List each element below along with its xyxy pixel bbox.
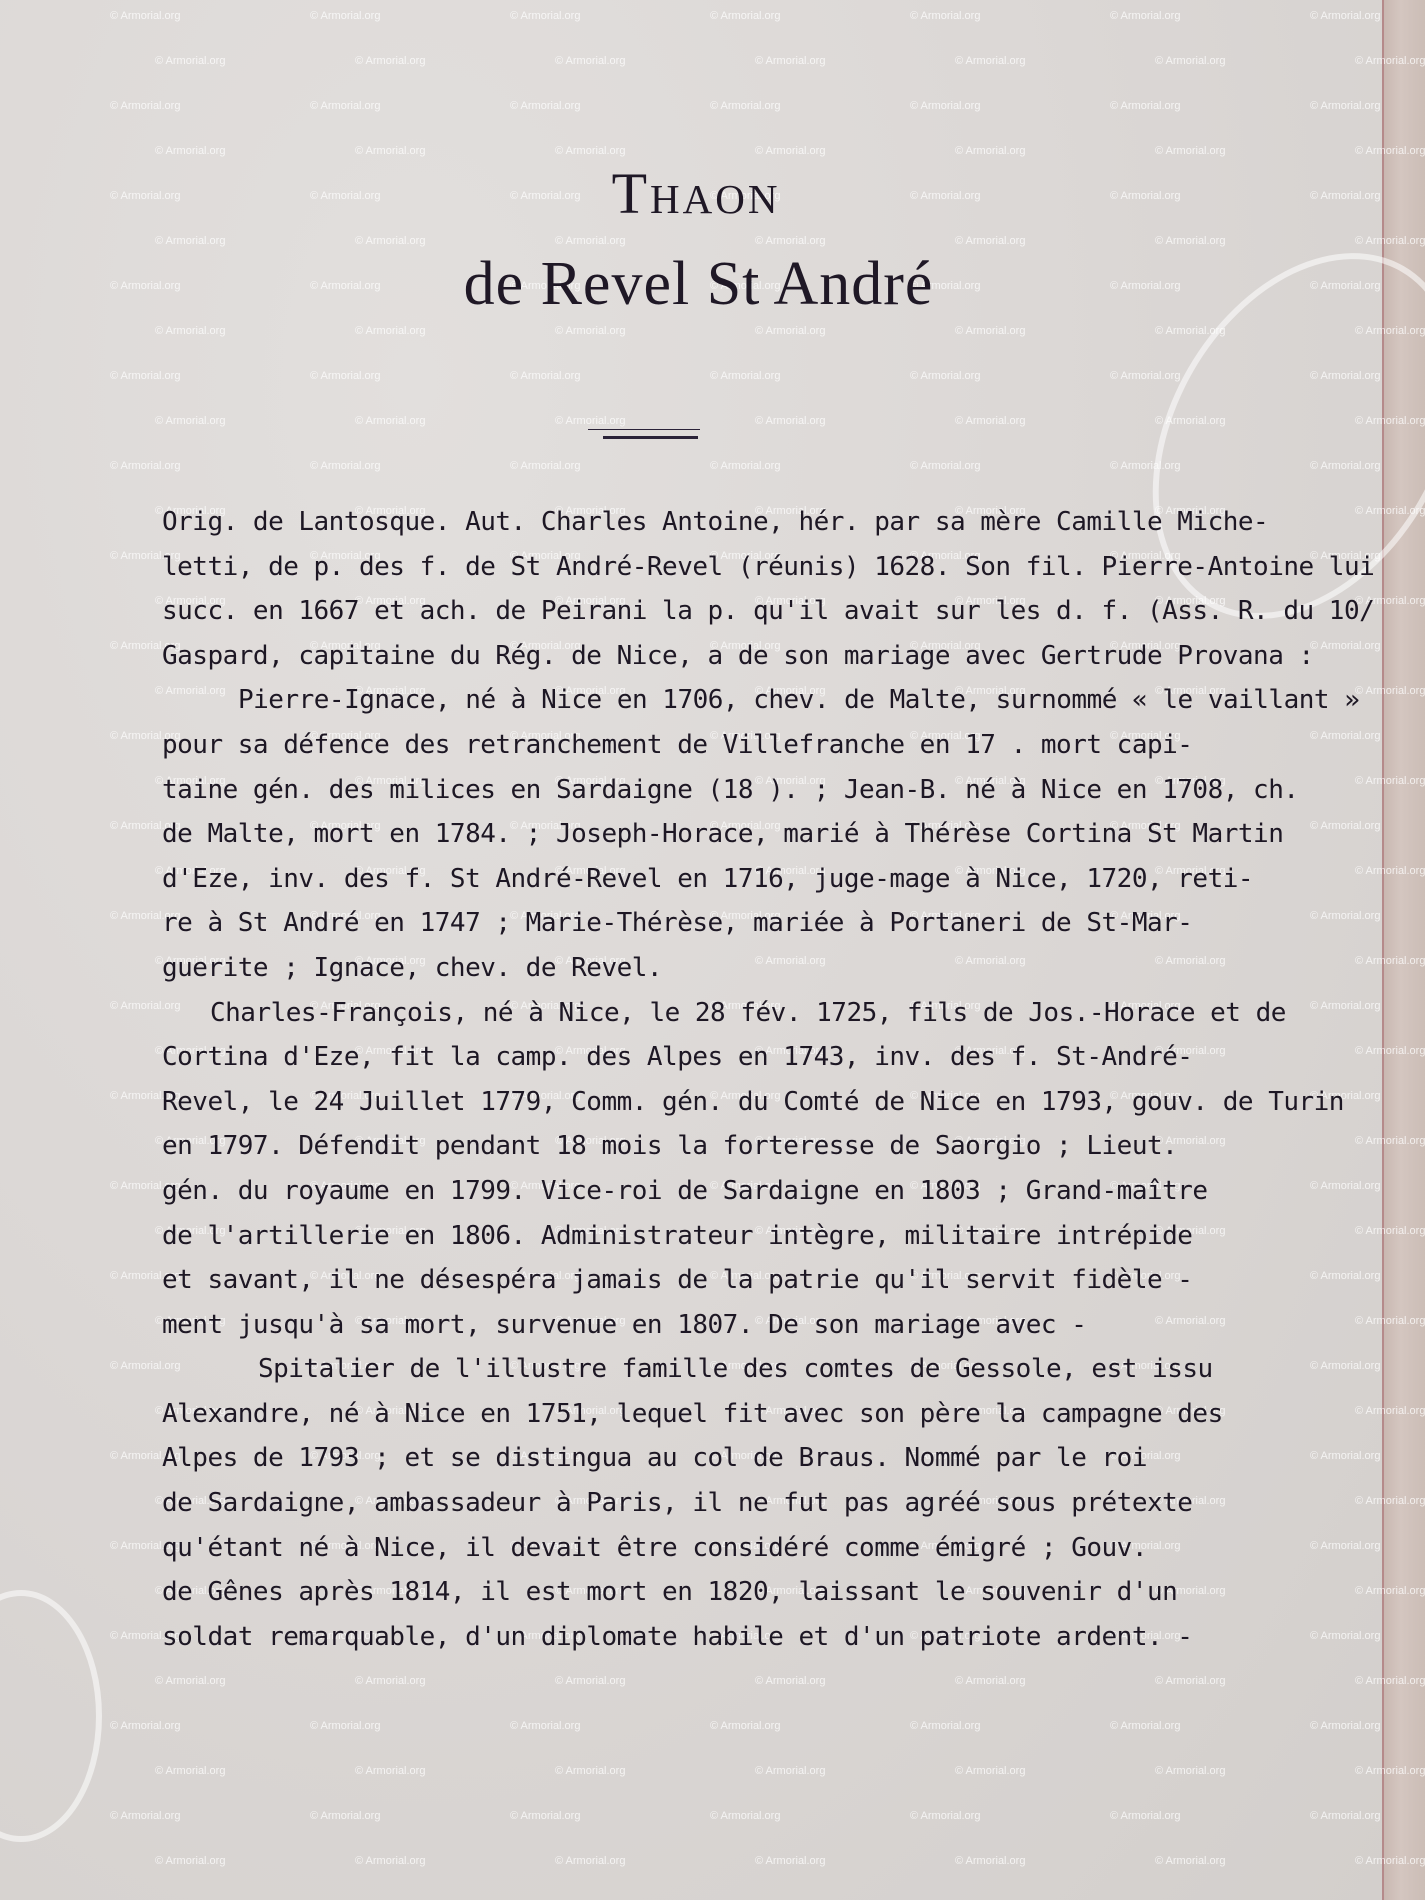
text-line: ment jusqu'à sa mort, survenue en 1807. … [162, 1303, 1377, 1348]
text-line: Alexandre, né à Nice en 1751, lequel fit… [162, 1392, 1377, 1437]
text-line: letti, de p. des f. de St André-Revel (r… [162, 545, 1377, 590]
page-edge [1384, 0, 1425, 1900]
text-line: Charles-François, né à Nice, le 28 fév. … [162, 991, 1377, 1036]
text-line: guerite ; Ignace, chev. de Revel. [162, 946, 1377, 991]
text-line: succ. en 1667 et ach. de Peirani la p. q… [162, 589, 1377, 634]
text-line: d'Eze, inv. des f. St André-Revel en 171… [162, 857, 1377, 902]
text-line: de Gênes après 1814, il est mort en 1820… [162, 1570, 1377, 1615]
text-line: de Sardaigne, ambassadeur à Paris, il ne… [162, 1481, 1377, 1526]
manuscript-body: Orig. de Lantosque. Aut. Charles Antoine… [162, 500, 1377, 1659]
text-line: gén. du royaume en 1799. Vice-roi de Sar… [162, 1169, 1377, 1214]
page-subtitle: de Revel St André [15, 253, 1382, 315]
text-line: en 1797. Défendit pendant 18 mois la for… [162, 1124, 1377, 1169]
title-underline [603, 436, 698, 439]
text-line: re à St André en 1747 ; Marie-Thérèse, m… [162, 901, 1377, 946]
text-line: qu'étant né à Nice, il devait être consi… [162, 1526, 1377, 1571]
title-block: Thaon de Revel St André [0, 165, 1382, 315]
text-line: de Malte, mort en 1784. ; Joseph-Horace,… [162, 812, 1377, 857]
text-line: Alpes de 1793 ; et se distingua au col d… [162, 1436, 1377, 1481]
title-underline-thin [588, 429, 700, 430]
text-line: taine gén. des milices en Sardaigne (18 … [162, 768, 1377, 813]
text-line: Gaspard, capitaine du Rég. de Nice, a de… [162, 634, 1377, 679]
text-line: Spitalier de l'illustre famille des comt… [162, 1347, 1377, 1392]
page-title: Thaon [10, 165, 1382, 223]
text-line: Orig. de Lantosque. Aut. Charles Antoine… [162, 500, 1377, 545]
text-line: Pierre-Ignace, né à Nice en 1706, chev. … [162, 678, 1377, 723]
text-line: Revel, le 24 Juillet 1779, Comm. gén. du… [162, 1080, 1377, 1125]
text-line: Cortina d'Eze, fit la camp. des Alpes en… [162, 1035, 1377, 1080]
text-line: pour sa défence des retranchement de Vil… [162, 723, 1377, 768]
text-line: soldat remarquable, d'un diplomate habil… [162, 1615, 1377, 1660]
text-line: de l'artillerie en 1806. Administrateur … [162, 1214, 1377, 1259]
text-line: et savant, il ne désespéra jamais de la … [162, 1258, 1377, 1303]
